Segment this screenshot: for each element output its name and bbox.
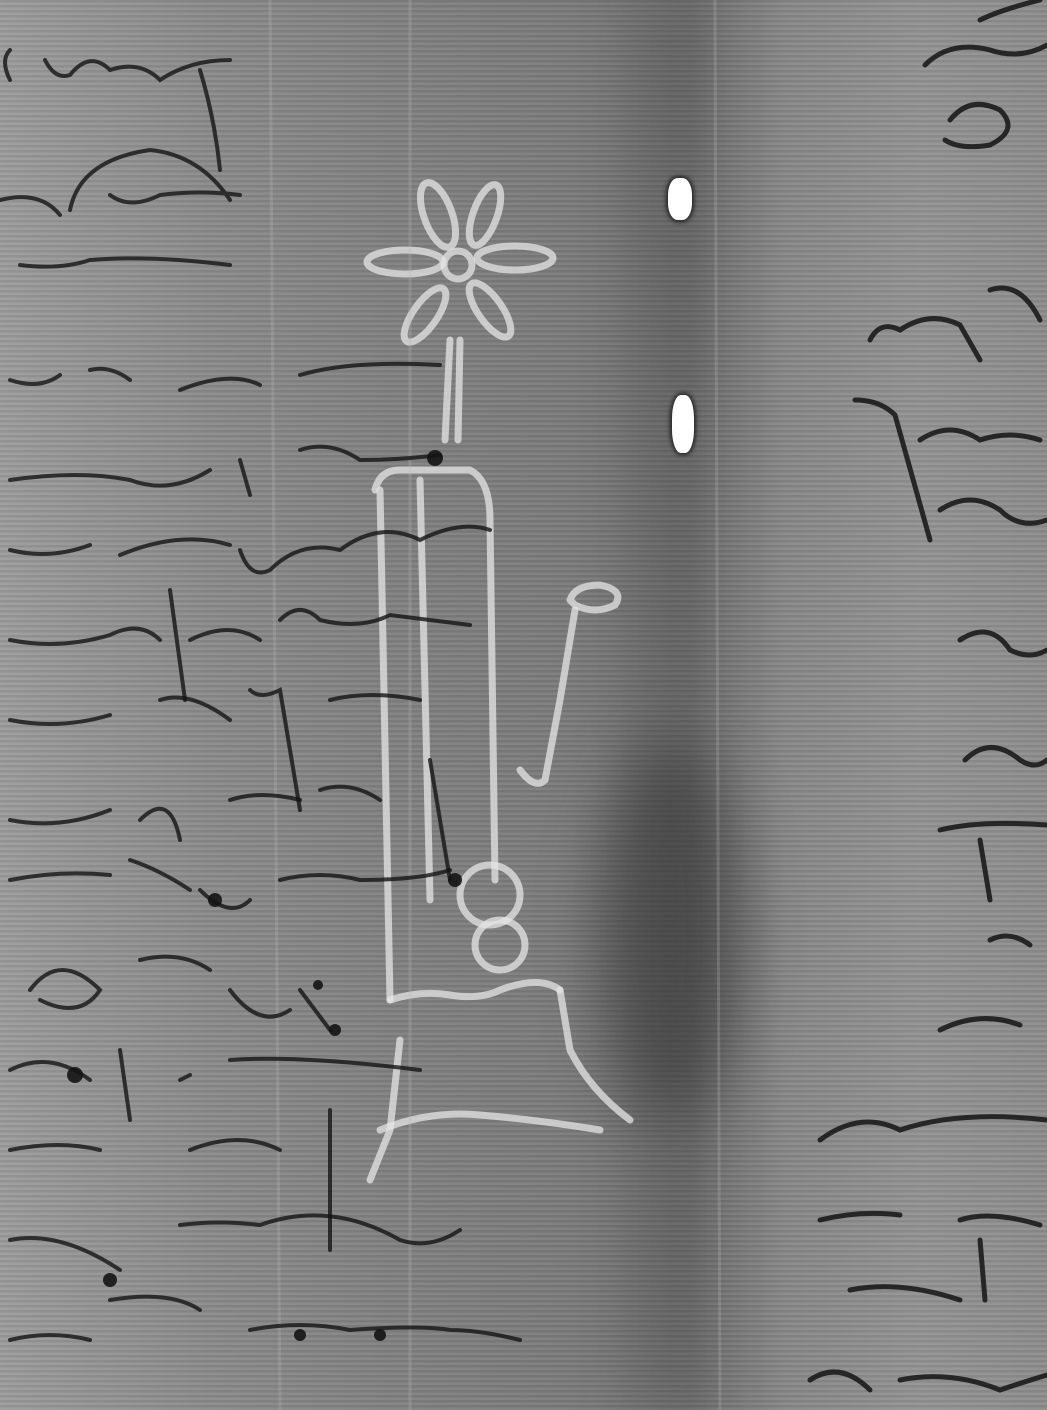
paper-hole: [668, 178, 692, 220]
paper-hole: [672, 395, 694, 453]
handwriting-right: [0, 0, 1047, 1410]
manuscript-radiograph: [0, 0, 1047, 1410]
